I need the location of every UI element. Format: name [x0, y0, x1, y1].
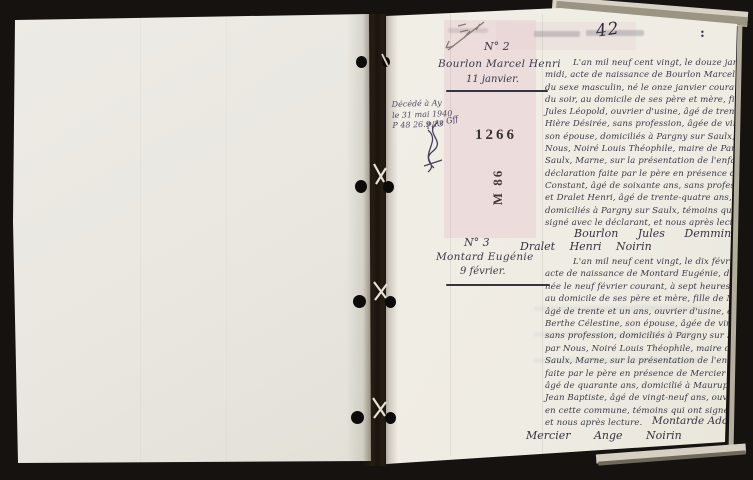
left-blank-page — [12, 12, 372, 464]
act2-margin-name: Bourlon Marcel Henri — [438, 58, 561, 70]
act2-body-text: L'an mil neuf cent vingt, le douze janvi… — [545, 57, 745, 229]
act3-signature-father: Montarde Adolphe — [652, 415, 751, 427]
ink-colon-mark: : — [700, 26, 705, 41]
paper-crease — [226, 12, 227, 464]
registry-stamp-number: 1266 — [475, 127, 517, 144]
paper-crease — [542, 14, 543, 456]
act2-signature-2: Dralet Henri Noirin — [520, 240, 652, 253]
pencil-scribble — [440, 20, 490, 60]
act3-margin-date: 9 février. — [460, 266, 506, 277]
act2-margin-number: N° 2 — [484, 40, 510, 53]
act3-margin-number: N° 3 — [464, 236, 490, 249]
act3-signature-witnesses: Mercier Ange Noirin — [526, 429, 682, 442]
act3-body-text: L'an mil neuf cent vingt, le dix février… — [545, 256, 745, 429]
paper-crease — [140, 12, 141, 464]
margin-rule — [446, 90, 548, 92]
vertical-series-mark: M 86 — [490, 157, 506, 217]
margin-rule — [446, 284, 550, 286]
folio-number: 42 — [595, 18, 621, 41]
binding-thread — [360, 14, 400, 466]
act2-signature-1: Bourlon Jules Demmineux — [574, 227, 751, 240]
ink-bleed-smudge — [534, 31, 580, 37]
register-scan: 42 : N° 2 Bourlon Marcel Henri 11 janvie… — [0, 0, 753, 480]
paper-crease — [450, 14, 451, 456]
clerk-signature-flourish — [408, 120, 454, 178]
act3-margin-name: Montard Eugénie — [436, 251, 534, 263]
act2-margin-date: 11 janvier. — [466, 74, 519, 85]
right-register-page: 42 : N° 2 Bourlon Marcel Henri 11 janvie… — [384, 6, 738, 466]
